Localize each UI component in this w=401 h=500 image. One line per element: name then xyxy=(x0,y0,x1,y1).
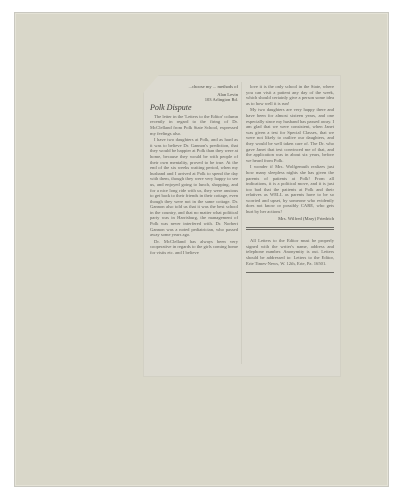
divider-rule xyxy=(246,227,334,228)
divider-rule xyxy=(246,272,334,273)
scanned-page: ...choose my ... methods of Alan Levin 1… xyxy=(14,12,389,487)
letter-paragraph: The letter in the 'Letters to the Editor… xyxy=(150,114,238,136)
letter-paragraph: My two daughters are very happy there an… xyxy=(246,107,334,163)
editor-note: All Letters to the Editor must be proper… xyxy=(246,238,334,266)
letter-paragraph: I have two daughters at Polk, and as har… xyxy=(150,137,238,238)
intro-fragment: ...choose my ... methods of xyxy=(150,84,238,90)
letter-paragraph: Dr. McClelland has always been very coop… xyxy=(150,239,238,256)
divider-rule xyxy=(246,229,334,230)
letter-paragraph: love it is the only school in the State,… xyxy=(246,84,334,106)
column-separator xyxy=(241,82,242,364)
letter-headline: Polk Dispute xyxy=(150,103,238,113)
letter-paragraph: I wonder if Mrs. Wolfgemuth realizes jus… xyxy=(246,164,334,214)
newspaper-clipping: ...choose my ... methods of Alan Levin 1… xyxy=(143,75,341,377)
letter-signature: Mrs. Wilfred (Mary) Friedrich xyxy=(246,216,334,222)
right-column: love it is the only school in the State,… xyxy=(246,84,334,274)
left-column: ...choose my ... methods of Alan Levin 1… xyxy=(150,84,238,257)
